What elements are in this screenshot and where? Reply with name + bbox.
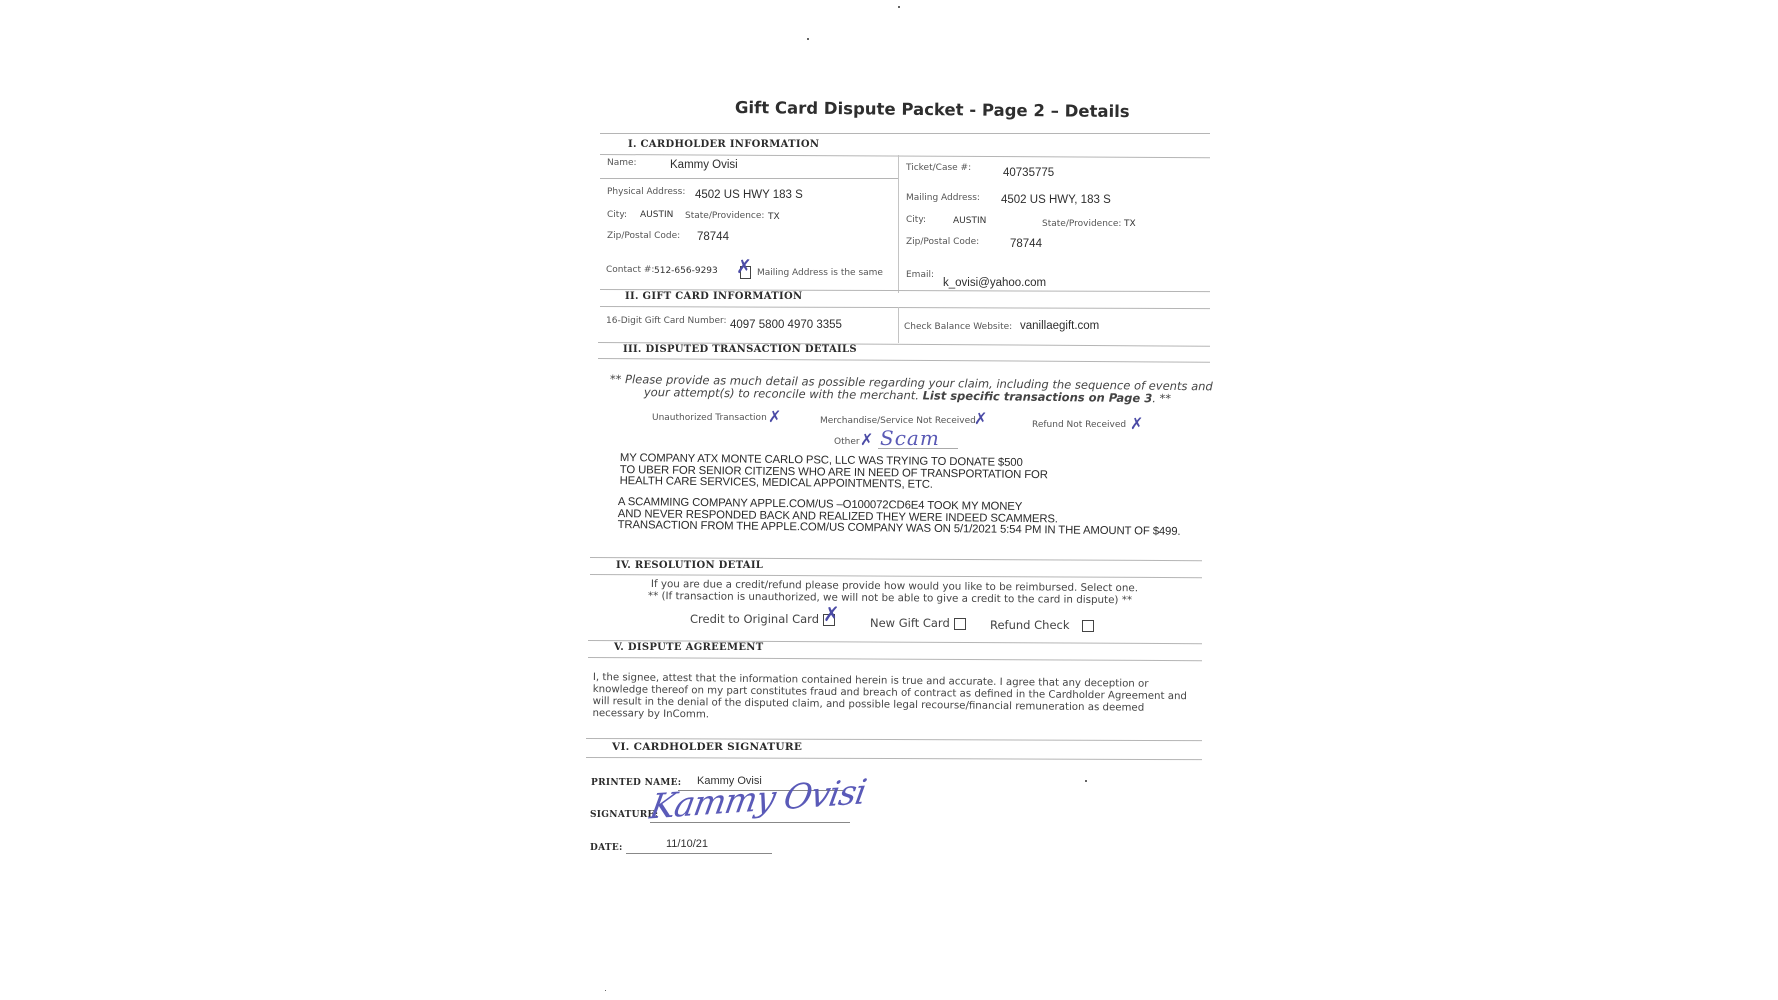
option-label: New Gift Card bbox=[870, 616, 950, 630]
mailing-zip-value: 78744 bbox=[1010, 238, 1042, 250]
option-refund-check[interactable]: Refund Check bbox=[990, 618, 1094, 632]
physical-address-value: 4502 US HWY 183 S bbox=[695, 189, 803, 201]
instructions-end: . ** bbox=[1152, 391, 1171, 405]
card-number-value: 4097 5800 4970 3355 bbox=[730, 319, 842, 331]
option-merchandise-label: Merchandise/Service Not Received bbox=[820, 416, 976, 426]
section-heading-signature: VI. CARDHOLDER SIGNATURE bbox=[612, 741, 802, 753]
scan-speck bbox=[605, 990, 606, 991]
divider bbox=[598, 358, 1210, 363]
handwritten-x-mark-icon: ✗ bbox=[736, 259, 752, 275]
date-value: 11/10/21 bbox=[666, 838, 708, 850]
contact-value: 512-656-9293 bbox=[654, 266, 718, 276]
option-label: Refund Check bbox=[990, 618, 1070, 632]
option-unauthorized-label: Unauthorized Transaction bbox=[652, 413, 767, 423]
handwritten-x-mark-icon: ✗ bbox=[823, 606, 840, 622]
scan-speck bbox=[807, 38, 809, 40]
document-title: Gift Card Dispute Packet - Page 2 – Deta… bbox=[735, 98, 1130, 121]
mailing-city-value: AUSTIN bbox=[953, 216, 986, 226]
mailing-zip-label: Zip/Postal Code: bbox=[906, 237, 979, 247]
section-heading-agreement: V. DISPUTE AGREEMENT bbox=[614, 642, 763, 653]
option-new-gift-card[interactable]: New Gift Card bbox=[870, 616, 966, 630]
section-heading-disputed: III. DISPUTED TRANSACTION DETAILS bbox=[623, 344, 857, 355]
narrative-paragraph-1: MY COMPANY ATX MONTE CARLO PSC, LLC WAS … bbox=[620, 453, 1048, 493]
name-value: Kammy Ovisi bbox=[670, 159, 738, 171]
name-label: Name: bbox=[607, 158, 637, 168]
zip-label: Zip/Postal Code: bbox=[607, 231, 680, 241]
contact-label: Contact #: bbox=[606, 265, 654, 275]
section-heading-resolution: IV. RESOLUTION DETAIL bbox=[616, 560, 763, 571]
mailing-state-label: State/Providence: bbox=[1042, 219, 1121, 229]
city-label: City: bbox=[607, 210, 627, 220]
handwritten-x-mark-icon[interactable]: ✗ bbox=[1130, 416, 1143, 432]
divider bbox=[600, 133, 1210, 134]
checkbox[interactable] bbox=[1082, 620, 1094, 632]
mailing-same-label: Mailing Address is the same bbox=[757, 268, 883, 278]
divider bbox=[600, 178, 898, 179]
city-value: AUSTIN bbox=[640, 210, 673, 220]
state-label: State/Providence: bbox=[685, 211, 764, 221]
option-refund-not-received-label: Refund Not Received bbox=[1032, 420, 1126, 430]
mailing-address-value: 4502 US HWY, 183 S bbox=[1001, 194, 1111, 206]
agreement-text: I, the signee, attest that the informati… bbox=[592, 672, 1187, 727]
divider bbox=[600, 154, 1210, 158]
other-handwritten-text: Scam bbox=[880, 426, 940, 450]
mailing-state-value: TX bbox=[1124, 219, 1136, 229]
divider bbox=[588, 657, 1202, 661]
balance-site-label: Check Balance Website: bbox=[904, 322, 1012, 332]
zip-value: 78744 bbox=[697, 231, 729, 243]
card-number-label: 16-Digit Gift Card Number: bbox=[606, 316, 727, 326]
divider bbox=[600, 306, 1210, 309]
mailing-city-label: City: bbox=[906, 215, 926, 225]
email-value: k_ovisi@yahoo.com bbox=[943, 277, 1046, 289]
mailing-address-label: Mailing Address: bbox=[906, 193, 980, 203]
handwritten-x-mark-icon[interactable]: ✗ bbox=[860, 432, 873, 448]
scanned-document-page: Gift Card Dispute Packet - Page 2 – Deta… bbox=[0, 0, 1778, 1000]
date-underline bbox=[626, 853, 772, 854]
email-label: Email: bbox=[906, 270, 934, 280]
checkbox[interactable] bbox=[954, 618, 966, 630]
option-credit-original-card[interactable]: Credit to Original Card bbox=[690, 612, 835, 626]
instructions-bold: List specific transactions on Page 3 bbox=[923, 388, 1153, 405]
option-other-label: Other bbox=[834, 437, 860, 447]
balance-site-value: vanillaegift.com bbox=[1020, 320, 1099, 332]
section-heading-cardholder: I. CARDHOLDER INFORMATION bbox=[628, 139, 819, 150]
handwritten-x-mark-icon[interactable]: ✗ bbox=[974, 411, 987, 427]
option-label: Credit to Original Card bbox=[690, 612, 819, 626]
scan-speck bbox=[1085, 780, 1087, 782]
divider bbox=[586, 757, 1202, 760]
date-label: DATE: bbox=[590, 843, 623, 853]
column-divider bbox=[898, 307, 899, 343]
instructions-text: your attempt(s) to reconcile with the me… bbox=[644, 385, 919, 402]
handwritten-x-mark-icon[interactable]: ✗ bbox=[768, 409, 781, 425]
other-underline bbox=[878, 448, 958, 449]
physical-address-label: Physical Address: bbox=[607, 187, 685, 197]
scan-speck bbox=[898, 6, 900, 8]
column-divider bbox=[898, 155, 899, 293]
ticket-label: Ticket/Case #: bbox=[906, 163, 971, 173]
section-heading-gift-card: II. GIFT CARD INFORMATION bbox=[625, 291, 802, 302]
state-value: TX bbox=[768, 212, 780, 222]
ticket-value: 40735775 bbox=[1003, 167, 1054, 179]
narrative-paragraph-2: A SCAMMING COMPANY APPLE.COM/US –O100072… bbox=[618, 497, 1181, 538]
